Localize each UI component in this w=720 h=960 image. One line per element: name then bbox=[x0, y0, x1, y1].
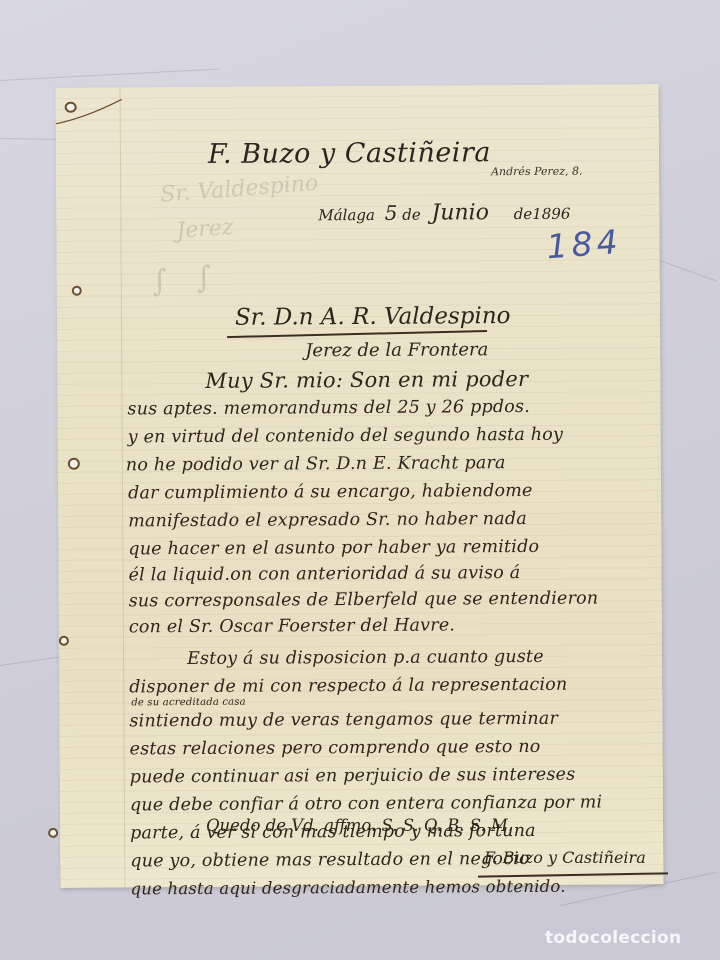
body-line: sus corresponsales de Elberfeld que se e… bbox=[129, 589, 599, 612]
bleed-through-text: Sr. Valdespino bbox=[159, 171, 319, 208]
punch-hole bbox=[68, 458, 80, 470]
body-line: dar cumplimiento á su encargo, habiendom… bbox=[128, 481, 533, 503]
background-crease bbox=[0, 657, 59, 666]
date-de: de bbox=[402, 206, 421, 224]
date-year: 1896 bbox=[532, 205, 570, 223]
body-line: con el Sr. Oscar Foerster del Havre. bbox=[129, 615, 455, 637]
ruled-margin-line bbox=[120, 87, 126, 887]
closing-formula: Quedo de Vd. affmo. S. S. Q. B. S. M. bbox=[206, 816, 513, 835]
body-line: puede continuar asi en perjuicio de sus … bbox=[130, 765, 576, 788]
body-line: él la liquid.on con anterioridad á su av… bbox=[128, 563, 520, 585]
punch-hole bbox=[48, 828, 58, 838]
watermark-logo: todocoleccion bbox=[545, 928, 681, 948]
body-line: Estoy á su disposicion p.a cuanto guste bbox=[187, 647, 544, 669]
body-line: que yo, obtiene mas resultado en el nego… bbox=[130, 849, 529, 871]
body-line: que hacer en el asunto por haber ya remi… bbox=[128, 537, 539, 560]
punch-hole bbox=[59, 636, 69, 646]
date-month: Junio bbox=[431, 200, 489, 225]
body-line: que hasta aqui desgraciadamente hemos ob… bbox=[130, 877, 565, 899]
background-crease bbox=[0, 138, 60, 140]
archive-number: 184 bbox=[545, 222, 623, 267]
body-line: sus aptes. memorandums del 25 y 26 ppdos… bbox=[127, 397, 530, 419]
background-crease bbox=[0, 68, 220, 81]
signature: F. Buzo y Castiñeira bbox=[484, 848, 646, 867]
letterhead-company-name: F. Buzo y Castiñeira bbox=[208, 137, 491, 170]
recipient-underline bbox=[227, 330, 487, 338]
bleed-through-text: Jerez bbox=[176, 215, 235, 244]
body-line-inserted: de su acreditada casa bbox=[131, 697, 246, 709]
body-line: disponer de mi con respecto á la represe… bbox=[129, 675, 567, 698]
date-place: Málaga bbox=[318, 206, 375, 224]
date-de: de bbox=[514, 205, 533, 223]
punch-hole bbox=[65, 102, 77, 113]
date-day: 5 bbox=[385, 201, 398, 225]
recipient-place: Jerez de la Frontera bbox=[305, 339, 488, 361]
letterhead-address: Andrés Perez, 8. bbox=[491, 165, 583, 179]
body-line: manifestado el expresado Sr. no haber na… bbox=[128, 509, 527, 531]
body-line: y en virtud del contenido del segundo ha… bbox=[128, 425, 563, 448]
body-line: estas relaciones pero comprendo que esto… bbox=[130, 737, 541, 760]
dateline: Málaga 5 de Junio de1896 bbox=[318, 200, 570, 227]
bleed-through-text: ∫ ∫ bbox=[150, 260, 212, 299]
body-line: sintiendo muy de veras tengamos que term… bbox=[129, 709, 558, 732]
body-line: Muy Sr. mio: Son en mi poder bbox=[205, 367, 528, 393]
background-crease bbox=[660, 260, 717, 281]
body-line: no he podido ver al Sr. D.n E. Kracht pa… bbox=[126, 453, 506, 475]
recipient-name: Sr. D.n A. R. Valdespino bbox=[235, 303, 511, 331]
punch-hole bbox=[72, 286, 82, 296]
letter-sheet: Sr. Valdespino Jerez ∫ ∫ F. Buzo y Casti… bbox=[56, 84, 664, 888]
body-line: que debe confiar á otro con entera confi… bbox=[130, 793, 602, 816]
